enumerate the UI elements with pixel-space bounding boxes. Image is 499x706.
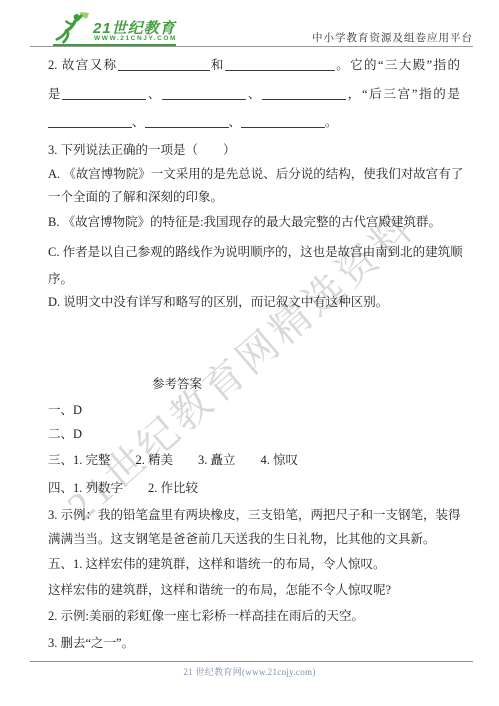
text-run: 五、1. 这样宏伟的建筑群，这样和谐统一的布局，令人惊叹。 (48, 557, 386, 571)
text-line: 满满当当。这支钢笔是爸爸前几天送我的生日礼物，比其他的文具新。 (48, 531, 460, 548)
text-line: B. 《故宫博物院》的特征是:我国现存的最大最完整的古代宫殿建筑群。 (48, 214, 460, 231)
text-line: 一个全面的了解和深刻的印象。 (48, 189, 460, 206)
worksheet-page: 21世纪教育 WWW.21CNJY.COM 中小学教育资源及组卷应用平台 21世… (0, 0, 499, 706)
blank-underline (162, 86, 246, 100)
brand-url: WWW.21CNJY.COM (94, 35, 177, 42)
text-run: 、 (146, 87, 162, 101)
text-run: B. 《故宫博物院》的特征是:我国现存的最大最完整的古代宫殿建筑群。 (48, 215, 441, 229)
text-run: 。它的“三大殿”指的 (335, 58, 460, 72)
text-line: 、、。 (48, 114, 460, 131)
text-run: D. 说明文中没有详写和略写的区别，而记叙文中有这种区别。 (48, 295, 388, 309)
text-run: 一个全面的了解和深刻的印象。 (48, 190, 223, 204)
text-run: 、 (132, 115, 145, 129)
footer-divider (30, 661, 473, 662)
text-run: 3. 删去“之一”。 (48, 636, 134, 650)
text-run: 满满当当。这支钢笔是爸爸前几天送我的生日礼物，比其他的文具新。 (48, 532, 436, 546)
text-run: 这样宏伟的建筑群，这样和谐统一的布局，怎能不令人惊叹呢? (48, 583, 391, 597)
text-run: 二、D (48, 427, 82, 441)
text-line: 2. 故宫又称和。它的“三大殿”指的 (48, 57, 460, 74)
blank-underline (225, 57, 335, 71)
blank-underline (262, 86, 346, 100)
text-line: 是、、，“后三宫”指的是 (48, 86, 460, 103)
text-line: 3. 删去“之一”。 (48, 635, 460, 652)
answers-title: 参考答案 (152, 376, 202, 393)
text-line: 序。 (48, 271, 460, 288)
text-run: 3. 下列说法正确的一项是（ ） (48, 143, 236, 157)
footer-site-label: 21 世纪教育网(www.21cnjy.com) (0, 665, 499, 678)
text-run: ，“后三宫”指的是 (346, 87, 460, 101)
text-run: 。 (325, 115, 338, 129)
text-run: 四、1. 列数字 2. 作比较 (48, 481, 198, 495)
text-line: 一、D (48, 402, 460, 419)
text-run: C. 作者是以自己参观的路线作为说明顺序的，这也是故宫由南到北的建筑顺 (48, 245, 463, 259)
brand-logo: 21世纪教育 WWW.21CNJY.COM (53, 11, 178, 48)
text-line: D. 说明文中没有详写和略写的区别，而记叙文中有这种区别。 (48, 294, 460, 311)
text-line: C. 作者是以自己参观的路线作为说明顺序的，这也是故宫由南到北的建筑顺 (48, 244, 460, 261)
blank-underline (145, 114, 229, 128)
platform-title: 中小学教育资源及组卷应用平台 (312, 30, 473, 45)
blank-underline (48, 114, 132, 128)
document-lines: 2. 故宫又称和。它的“三大殿”指的是、、，“后三宫”指的是、、。3. 下列说法… (0, 0, 499, 706)
blank-underline (62, 86, 146, 100)
text-line: 3. 示例：我的铅笔盒里有两块橡皮，三支铅笔，两把尺子和一支钢笔，装得 (48, 507, 460, 524)
text-run: 、 (246, 87, 262, 101)
brand-underline (53, 44, 176, 46)
text-line: 二、D (48, 426, 460, 443)
text-run: 、 (229, 115, 242, 129)
text-run: 三、1. 完整 2. 精美 3. 矗立 4. 惊叹 (48, 453, 298, 467)
text-line: 这样宏伟的建筑群，这样和谐统一的布局，怎能不令人惊叹呢? (48, 582, 460, 599)
text-run: 一、D (48, 403, 82, 417)
blank-underline (118, 57, 210, 71)
text-line: 四、1. 列数字 2. 作比较 (48, 480, 460, 497)
text-line: 五、1. 这样宏伟的建筑群，这样和谐统一的布局，令人惊叹。 (48, 556, 460, 573)
text-line: 三、1. 完整 2. 精美 3. 矗立 4. 惊叹 (48, 452, 460, 469)
text-line: 2. 示例:美丽的彩虹像一座七彩桥一样高挂在雨后的天空。 (48, 608, 460, 625)
text-run: 2. 示例:美丽的彩虹像一座七彩桥一样高挂在雨后的天空。 (48, 609, 364, 623)
text-run: 和 (210, 58, 225, 72)
text-run: 3. 示例：我的铅笔盒里有两块橡皮，三支铅笔，两把尺子和一支钢笔，装得 (48, 508, 461, 522)
blank-underline (241, 114, 325, 128)
text-run: A. 《故宫博物院》一文采用的是先总说、后分说的结构，使我们对故宫有了 (48, 167, 463, 181)
text-run: 参考答案 (152, 377, 202, 391)
text-run: 是 (48, 87, 62, 101)
text-run: 2. 故宫又称 (48, 58, 118, 72)
text-line: 3. 下列说法正确的一项是（ ） (48, 142, 460, 159)
text-line: A. 《故宫博物院》一文采用的是先总说、后分说的结构，使我们对故宫有了 (48, 166, 460, 183)
text-run: 序。 (48, 272, 73, 286)
